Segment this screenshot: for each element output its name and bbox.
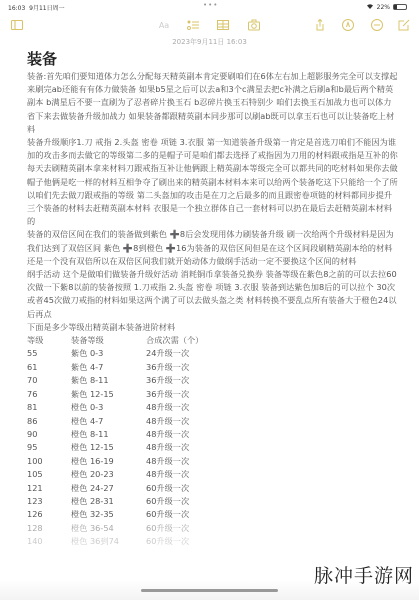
upgrade-table: 等级 装备等级 合成次需（个） 55紫色 0-324升级一次 61紫色 4-73… [27, 334, 399, 549]
table-row: 140橙色 36到7460升级一次 [27, 535, 399, 548]
status-indicators: 22% [366, 3, 407, 11]
table-header: 等级 装备等级 合成次需（个） [27, 334, 399, 347]
compose-icon[interactable] [397, 18, 411, 32]
note-paragraph: 下面是多少等级出精英副本装备进阶材料 [27, 321, 399, 334]
note-paragraph: 装备:首先咱们要知道体力怎么分配每天精英副本肯定要刷咱们在6体左右加上超影服务完… [27, 70, 399, 136]
table-row: 55紫色 0-324升级一次 [27, 347, 399, 360]
table-row: 70紫色 8-1136升级一次 [27, 374, 399, 387]
table-icon[interactable] [216, 18, 230, 32]
table-row: 90橙色 8-1148升级一次 [27, 428, 399, 441]
format-button[interactable]: Aa [157, 18, 171, 32]
battery-icon [393, 4, 407, 10]
header-level: 等级 [27, 334, 69, 347]
table-row: 100橙色 16-1948升级一次 [27, 455, 399, 468]
table-row: 128橙色 36-5460升级一次 [27, 522, 399, 535]
table-row: 86橙色 4-748升级一次 [27, 415, 399, 428]
share-icon[interactable] [313, 18, 327, 32]
status-bar: 16:03 9月11日周一 ••• 22% [0, 0, 419, 14]
toolbar: Aa [0, 14, 419, 36]
checklist-icon[interactable] [186, 18, 200, 32]
note-paragraph: 纲手活动 这个是做咱们做装备升级好活动 消耗铜币拿装备兑换券 装备等级在紫色8之… [27, 268, 399, 321]
note-title: 装备 [27, 49, 399, 69]
camera-icon[interactable] [247, 18, 261, 32]
wifi-icon [366, 3, 374, 11]
note-date: 2023年9月11日 16:03 [0, 37, 419, 47]
battery-percent: 22% [377, 4, 390, 11]
header-gear-level: 装备等级 [69, 334, 142, 347]
table-row: 81橙色 0-348升级一次 [27, 401, 399, 414]
table-row: 61紫色 4-736升级一次 [27, 361, 399, 374]
more-icon[interactable] [370, 18, 384, 32]
header-count: 合成次需（个） [142, 334, 232, 347]
status-time: 16:03 9月11日周一 [8, 3, 65, 12]
sidebar-icon[interactable] [10, 18, 24, 32]
note-paragraph: 装备的双倍区间在我们的装备做到紫色 ➕8后会发现用体力刷装备升级 刷一次给两个升… [27, 228, 399, 268]
note-paragraph: 装备升级顺序1.刀 戒指 2.头盔 密卷 项链 3.衣服 第一知道装备升级第一肯… [27, 136, 399, 228]
table-row: 123橙色 28-3160升级一次 [27, 495, 399, 508]
multitask-dots[interactable]: ••• [203, 1, 218, 9]
table-row: 76紫色 12-1536升级一次 [27, 388, 399, 401]
note-body[interactable]: 装备 装备:首先咱们要知道体力怎么分配每天精英副本肯定要刷咱们在6体左右加上超影… [27, 49, 399, 549]
table-row: 95橙色 12-1548升级一次 [27, 441, 399, 454]
table-row: 105橙色 20-2348升级一次 [27, 468, 399, 481]
table-row: 126橙色 32-3560升级一次 [27, 508, 399, 521]
watermark: 脉冲手游网 [314, 561, 414, 588]
home-indicator[interactable] [141, 589, 278, 592]
table-row: 121橙色 24-2760升级一次 [27, 482, 399, 495]
markup-icon[interactable] [341, 18, 355, 32]
